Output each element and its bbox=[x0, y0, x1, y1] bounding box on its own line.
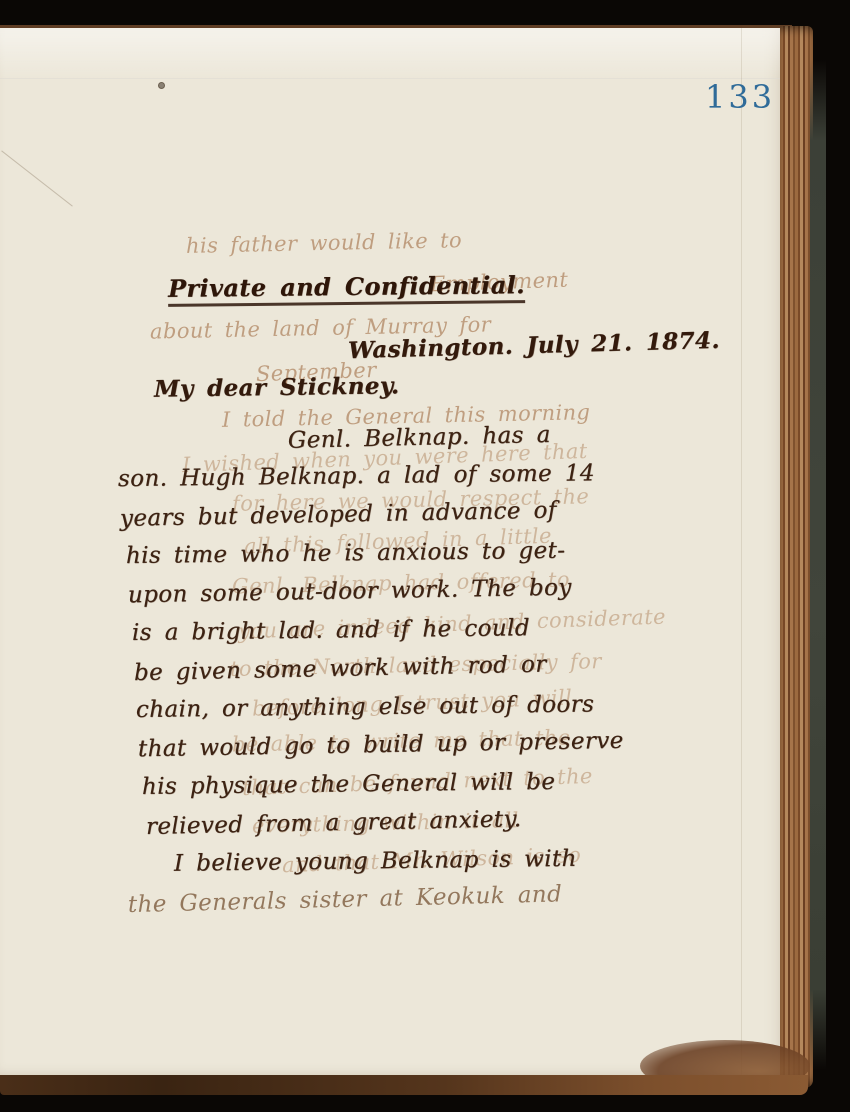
paper-diagonal-crease bbox=[1, 150, 73, 206]
letter-body: Genl. Belknap. has a son. Hugh Belknap. … bbox=[110, 424, 624, 925]
letter-line: that would go to build up or preserve bbox=[138, 728, 624, 775]
letter-heading: Private and Confidential. bbox=[168, 270, 525, 307]
paper-vertical-crease bbox=[741, 28, 742, 1078]
book-bottom-edge bbox=[0, 1075, 808, 1095]
scan-viewport: 133 his father would like to Employment … bbox=[0, 0, 850, 1112]
album-page: 133 his father would like to Employment … bbox=[0, 28, 786, 1078]
letter-salutation: My dear Stickney. bbox=[154, 372, 400, 402]
paper-pinhole-mark bbox=[158, 82, 165, 89]
book-page-edges bbox=[780, 26, 813, 1088]
letter-line: Genl. Belknap. has a bbox=[288, 420, 625, 466]
paper-top-crease bbox=[0, 28, 786, 79]
book-cover-edge bbox=[810, 60, 826, 1070]
letter-line: upon some out-door work. The boy bbox=[128, 574, 624, 621]
page-number: 133 bbox=[705, 78, 775, 116]
ghost-line: his father would like to bbox=[186, 228, 462, 258]
